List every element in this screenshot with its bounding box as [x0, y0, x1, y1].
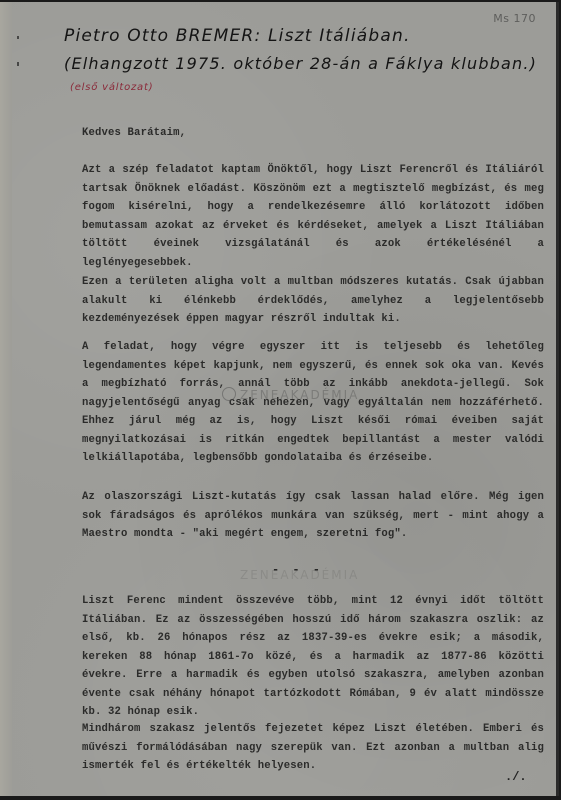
- watermark-logo-icon: [222, 387, 236, 401]
- handwritten-title: Pietro Otto BREMER: Liszt Itáliában.: [64, 26, 411, 46]
- watermark-2: ZENEAKADÉMIA: [240, 568, 359, 582]
- paper-edge: [0, 2, 12, 796]
- paragraph-5: Liszt Ferenc mindent összevéve több, min…: [82, 592, 544, 722]
- watermark: ZENEAKADÉMIA: [222, 387, 359, 402]
- handwritten-version-note: (első változat): [70, 82, 153, 93]
- catalog-number: Ms 170: [493, 12, 536, 25]
- handwritten-subtitle: (Elhangzott 1975. október 28-án a Fáklya…: [64, 54, 537, 73]
- paragraph-6: Mindhárom szakasz jelentős fejezetet kép…: [82, 720, 544, 776]
- watermark-text: ZENEAKADÉMIA: [240, 388, 359, 402]
- paragraph-1: Azt a szép feladatot kaptam Önöktől, hog…: [82, 161, 544, 272]
- paragraph-3: A feladat, hogy végre egyszer itt is tel…: [82, 338, 544, 468]
- paragraph-4: Az olaszországi Liszt-kutatás így csak l…: [82, 488, 544, 544]
- continuation-mark: ./.: [505, 770, 527, 784]
- margin-mark: [17, 36, 19, 66]
- paragraph-2: Ezen a területen aligha volt a multban m…: [82, 273, 544, 329]
- watermark-text: ZENEAKADÉMIA: [240, 568, 359, 582]
- document-page: Ms 170 Pietro Otto BREMER: Liszt Itáliáb…: [0, 2, 559, 796]
- greeting: Kedves Barátaim,: [82, 124, 544, 143]
